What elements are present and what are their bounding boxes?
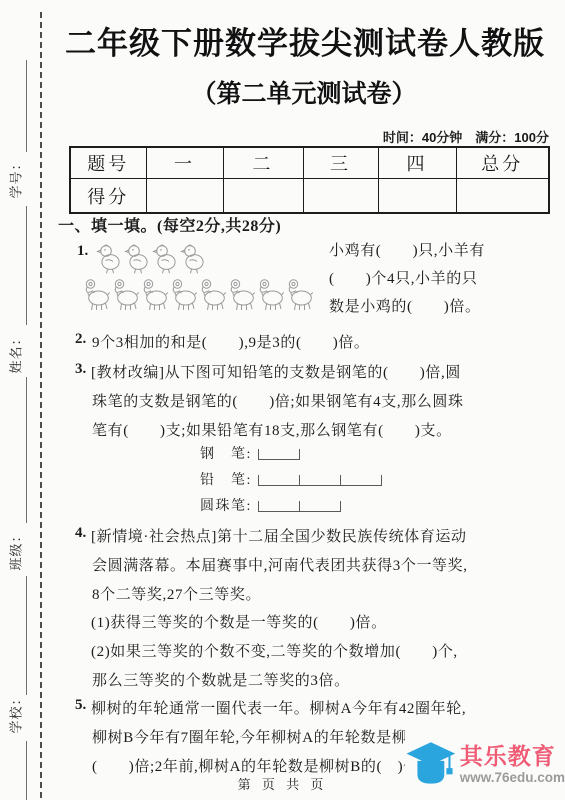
goat-icon bbox=[169, 277, 197, 311]
q1-text: 小鸡有( )只,小羊有 ( )个4只,小羊的只 数是小鸡的( )倍。 bbox=[329, 237, 485, 321]
q1-line: ( )个4只,小羊的只 bbox=[329, 265, 485, 293]
q4-sub1-line: (1)获得三等奖的个数是一等奖的( )倍。 bbox=[91, 611, 387, 632]
pencil-label: 铅 笔: bbox=[200, 469, 252, 489]
q4-sub2-line: 那么三等奖的个数就是二等奖的3倍。 bbox=[92, 669, 350, 690]
q1-line: 数是小鸡的( )倍。 bbox=[329, 293, 485, 321]
chick-icon bbox=[152, 243, 178, 274]
q5-line: 柳树B今年有7圈年轮,今年柳树A的年轮数是柳树B的 bbox=[92, 726, 449, 747]
q4-number: 4. bbox=[75, 525, 86, 542]
header-part-1: 一 bbox=[146, 147, 223, 179]
goat-icon bbox=[140, 277, 168, 311]
section-1-heading: 一、填一填。(每空2分,共28分) bbox=[58, 213, 281, 236]
student-name-label: 姓名： bbox=[6, 323, 25, 383]
time-score-info: 时间：40分钟 满分：100分 bbox=[60, 127, 549, 146]
score-cell bbox=[303, 179, 378, 214]
q5-number: 5. bbox=[75, 697, 86, 714]
q2-text: 9个3相加的和是( ),9是3的( )倍。 bbox=[92, 331, 370, 352]
student-id-label: 学号： bbox=[6, 148, 25, 208]
score-table-header-row: 题号 一 二 三 四 总分 bbox=[70, 147, 549, 179]
ballpoint-pen-bar bbox=[258, 501, 341, 512]
goat-icon bbox=[198, 277, 226, 311]
q1-number: 1. bbox=[77, 243, 88, 260]
chick-icon bbox=[96, 243, 122, 274]
header-total: 总分 bbox=[456, 147, 549, 179]
score-row-label: 得分 bbox=[70, 179, 146, 214]
page-subtitle: （第二单元测试卷） bbox=[60, 74, 548, 110]
goat-icon bbox=[227, 277, 255, 311]
score-cell bbox=[146, 179, 223, 214]
margin-line bbox=[26, 576, 27, 695]
score-cell bbox=[378, 179, 456, 214]
fountain-pen-bar bbox=[258, 449, 300, 460]
ballpoint-pen-label: 圆珠笔: bbox=[200, 495, 252, 515]
q3-line: [教材改编]从下图可知铅笔的支数是钢笔的( )倍,圆 bbox=[91, 361, 461, 382]
q3-number: 3. bbox=[75, 361, 86, 378]
bar-segment bbox=[299, 475, 340, 486]
binding-dashed-line bbox=[40, 12, 42, 798]
q5-line: ( )倍;2年前,柳树A的年轮数是柳树B的( )倍 bbox=[92, 755, 419, 776]
q4-line: 8个二等奖,27个三等奖。 bbox=[92, 583, 261, 604]
margin-line bbox=[26, 377, 27, 523]
watermark-url: www.76edu.com bbox=[460, 770, 565, 785]
margin-line bbox=[26, 60, 27, 152]
goat-icon bbox=[256, 277, 284, 311]
goat-icon bbox=[285, 277, 313, 311]
fountain-pen-label: 钢 笔: bbox=[200, 443, 252, 463]
class-label: 班级： bbox=[6, 520, 25, 580]
graduation-cap-icon bbox=[405, 732, 457, 796]
pencil-bar bbox=[258, 475, 382, 486]
bar-segment bbox=[340, 475, 382, 486]
chick-icon bbox=[124, 243, 150, 274]
q3-line: 珠笔的支数是钢笔的( )倍;如果钢笔有4支,那么圆珠 bbox=[92, 390, 464, 411]
margin-line bbox=[26, 206, 27, 325]
bar-segment bbox=[258, 475, 299, 486]
chick-icon bbox=[180, 243, 206, 274]
exam-paper-page: { "page": { "title": "二年级下册数学拔尖测试卷人教版", … bbox=[0, 0, 565, 800]
goat-icon bbox=[111, 277, 139, 311]
q2-number: 2. bbox=[75, 331, 86, 348]
q4-line: 会圆满落幕。本届赛事中,河南代表团共获得3个一等奖, bbox=[92, 554, 468, 575]
page-title: 二年级下册数学拔尖测试卷人教版 bbox=[55, 18, 555, 63]
q1-goats-row bbox=[82, 277, 313, 311]
watermark-text: 其乐教育 www.76edu.com bbox=[460, 743, 565, 784]
score-cell bbox=[223, 179, 303, 214]
q5-line: 柳树的年轮通常一圈代表一年。柳树A今年有42圈年轮, bbox=[91, 697, 466, 718]
score-table-score-row: 得分 bbox=[70, 179, 549, 214]
school-label: 学校： bbox=[6, 683, 25, 743]
header-question-no: 题号 bbox=[70, 147, 146, 179]
watermark-brand: 其乐教育 bbox=[460, 743, 565, 769]
bar-segment bbox=[299, 501, 341, 512]
q1-line: 小鸡有( )只,小羊有 bbox=[329, 237, 485, 265]
goat-icon bbox=[82, 277, 110, 311]
q3-line: 笔有( )支;如果铅笔有18支,那么钢笔有( )支。 bbox=[92, 419, 452, 440]
header-part-3: 三 bbox=[303, 147, 378, 179]
q4-sub2-line: (2)如果三等奖的个数不变,二等奖的个数增加( )个, bbox=[91, 640, 458, 661]
score-table: 题号 一 二 三 四 总分 得分 bbox=[69, 146, 550, 214]
bar-segment bbox=[258, 501, 299, 512]
bar-segment bbox=[258, 449, 300, 460]
watermark: 其乐教育 www.76edu.com bbox=[405, 728, 565, 800]
score-cell bbox=[456, 179, 549, 214]
q4-line: [新情境·社会热点]第十二届全国少数民族传统体育运动 bbox=[91, 525, 467, 546]
header-part-2: 二 bbox=[223, 147, 303, 179]
q1-chicks-row bbox=[96, 243, 206, 274]
header-part-4: 四 bbox=[378, 147, 456, 179]
